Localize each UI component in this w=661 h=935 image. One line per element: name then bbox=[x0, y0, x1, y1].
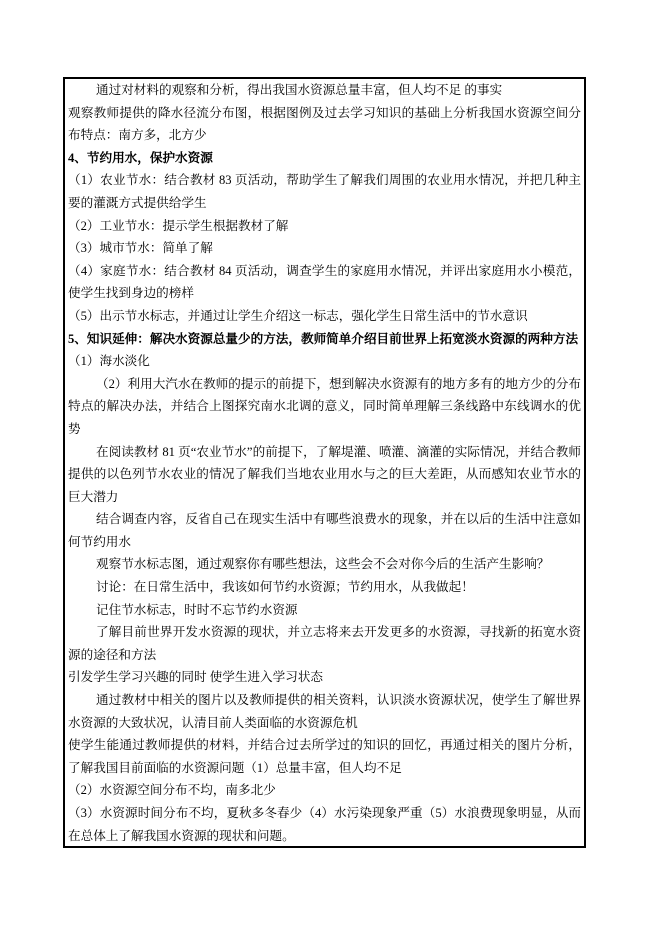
paragraph: 在了解我国水资源问题基础上，通过现实生活中的实例类比让学生自行分析出解决水资源不… bbox=[68, 847, 581, 848]
paragraph: 使学生能通过教师提供的材料，并结合过去所学过的知识的回忆，再通过相关的图片分析，… bbox=[68, 734, 581, 779]
paragraph: 在阅读教材 81 页“农业节水”的前提下，了解堤灌、喷灌、滴灌的实际情况，并结合… bbox=[68, 441, 581, 509]
paragraph: （3）水资源时间分布不均，夏秋多冬春少（4）水污染现象严重（5）水浪费现象明显，… bbox=[68, 802, 581, 847]
paragraph: 了解目前世界开发水资源的现状，并立志将来去开发更多的水资源，寻找新的拓宽水资源的… bbox=[68, 621, 581, 666]
paragraph: 记住节水标志，时时不忘节约水资源 bbox=[68, 599, 581, 622]
paragraph: （1）农业节水：结合教材 83 页活动，帮助学生了解我们周围的农业用水情况，并把… bbox=[68, 169, 581, 214]
paragraph: （2）工业节水：提示学生根据教材了解 bbox=[68, 215, 581, 238]
paragraph: 观察节水标志图，通过观察你有哪些想法，这些会不会对你今后的生活产生影响？ bbox=[68, 553, 581, 576]
paragraph: 讨论：在日常生活中，我该如何节约水资源；节约用水，从我做起！ bbox=[68, 576, 581, 599]
section-heading: 4、节约用水，保护水资源 bbox=[68, 147, 581, 170]
document-page: 通过对材料的观察和分析，得出我国水资源总量丰富，但人均不足 的事实观察教师提供的… bbox=[0, 0, 661, 935]
paragraph: （2）水资源空间分布不均，南多北少 bbox=[68, 779, 581, 802]
lesson-plan-table-cell: 通过对材料的观察和分析，得出我国水资源总量丰富，但人均不足 的事实观察教师提供的… bbox=[63, 77, 586, 848]
paragraph: （4）家庭节水：结合教材 84 页活动，调查学生的家庭用水情况，并评出家庭用水小… bbox=[68, 260, 581, 305]
paragraph: （5）出示节水标志，并通过让学生介绍这一标志，强化学生日常生活中的节水意识 bbox=[68, 305, 581, 328]
paragraph: 结合调查内容，反省自己在现实生活中有哪些浪费水的现象，并在以后的生活中注意如何节… bbox=[68, 508, 581, 553]
paragraph: 通过对材料的观察和分析，得出我国水资源总量丰富，但人均不足 的事实 bbox=[68, 79, 581, 102]
paragraph: （1）海水淡化 bbox=[68, 350, 581, 373]
paragraph: 引发学生学习兴趣的同时 使学生进入学习状态 bbox=[68, 666, 581, 689]
paragraph: 观察教师提供的降水径流分布图，根据图例及过去学习知识的基础上分析我国水资源空间分… bbox=[68, 102, 581, 147]
section-heading: 5、知识延伸：解决水资源总量少的方法，教师简单介绍目前世界上拓宽淡水资源的两种方… bbox=[68, 328, 581, 351]
paragraph: 通过教材中相关的图片以及教师提供的相关资料，认识淡水资源状况，使学生了解世界水资… bbox=[68, 689, 581, 734]
paragraph: （2）利用大汽水在教师的提示的前提下，想到解决水资源有的地方多有的地方少的分布特… bbox=[68, 373, 581, 441]
paragraph: （3）城市节水：简单了解 bbox=[68, 237, 581, 260]
